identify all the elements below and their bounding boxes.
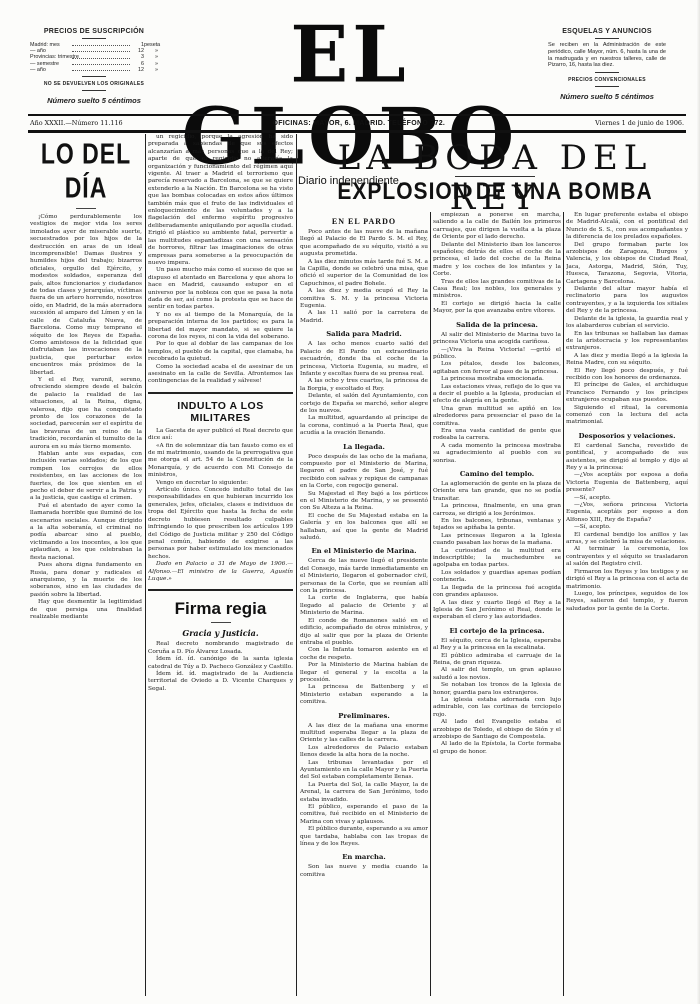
main-article-column-3: En lugar preferente estaba el obispo de … bbox=[566, 212, 688, 996]
paragraph: Poco antes de las nueve de la mañana lle… bbox=[300, 229, 428, 259]
paragraph: Delante de la iglesia, la guardia real y… bbox=[566, 316, 688, 331]
issue-price-right: Número suelto 5 céntimos bbox=[548, 92, 666, 101]
column-lo-del-dia: LO DEL DÍA ¡Cómo perdurablemente los ves… bbox=[30, 134, 142, 996]
paragraph: Dado en Palacio a 31 de Mayo de 1906.—Al… bbox=[148, 561, 293, 583]
main-article-column-2: empiezan a ponerse en marcha, saliendo a… bbox=[433, 212, 561, 996]
paragraph: —¿Vos, señora princesa Victoria Eugenia,… bbox=[566, 502, 688, 524]
price-label: — año bbox=[30, 67, 70, 73]
section-heading: La llegada. bbox=[300, 443, 428, 451]
paragraph: La Puerta del Sol, la calle Mayor, la de… bbox=[300, 782, 428, 804]
paragraph: El séquito, cerca de la Iglesia, esperab… bbox=[433, 638, 561, 653]
paragraph: La princesa, finalmente, en una gran car… bbox=[433, 503, 561, 518]
divider bbox=[82, 38, 106, 39]
paragraph: Los alrededores de Palacio estaban lleno… bbox=[300, 745, 428, 760]
paragraph: A las ocho menos cuarto salió del Palaci… bbox=[300, 341, 428, 378]
paragraph: El cardenal Sancha, revestido de pontifi… bbox=[566, 443, 688, 473]
divider bbox=[148, 589, 293, 591]
paragraph: A las diez y media ocupó el Rey la comit… bbox=[300, 288, 428, 310]
paragraph: La iglesia estaba adornada con lujo admi… bbox=[433, 697, 561, 719]
ads-title: Esquelas y anuncios bbox=[548, 28, 666, 35]
paragraph: A las diez y cuarto llegó el Rey a la Ig… bbox=[433, 600, 561, 622]
paragraph: Las princesas llegaron a la Iglesia cuan… bbox=[433, 533, 561, 548]
paragraph: La multitud, aguardando al príncipe de l… bbox=[300, 415, 428, 437]
column-divider bbox=[430, 212, 431, 996]
dot-leader bbox=[72, 48, 130, 52]
paragraph: A las diez y media llegó a la iglesia la… bbox=[566, 353, 688, 368]
divider bbox=[211, 622, 231, 623]
dot-leader bbox=[72, 42, 130, 46]
paragraph: El público admiraba el carruaje de la Re… bbox=[433, 653, 561, 668]
divider bbox=[82, 76, 106, 77]
paragraph: El público, esperando el paso de la comi… bbox=[300, 804, 428, 826]
infobar-rule bbox=[28, 130, 686, 133]
paragraph: Al salir del Ministerio de Marina tuvo l… bbox=[433, 332, 561, 347]
section-heading: El cortejo de la princesa. bbox=[433, 627, 561, 635]
paragraph: Y el el Rey, varonil, sereno, ofreciendo… bbox=[30, 377, 142, 451]
firma-regia-title: Firma regia bbox=[148, 599, 293, 619]
paragraph: Por lo que al doblar de las campanas de … bbox=[148, 341, 293, 363]
paragraph: Ídem íd. íd. canónigo de la santa iglesi… bbox=[148, 656, 293, 671]
paragraph: Al salir del templo, un gran aplauso sal… bbox=[433, 667, 561, 682]
paragraph: Un paso mucho más como el suceso de que … bbox=[148, 267, 293, 311]
paragraph: Luego, los príncipes, seguidos de los Re… bbox=[566, 591, 688, 613]
paragraph: Su Majestad el Rey bajó a los pórticos e… bbox=[300, 491, 428, 513]
paragraph: El cardenal bendijo los anillos y las ar… bbox=[566, 532, 688, 547]
paragraph: empiezan a ponerse en marcha, saliendo a… bbox=[433, 212, 561, 242]
paragraph: Las tribunas levantadas por el Ayuntamie… bbox=[300, 760, 428, 782]
subscription-title: Precios de suscripción bbox=[30, 28, 158, 35]
section-title-lo-del-dia: LO DEL DÍA bbox=[30, 137, 142, 205]
paragraph: Era una vasta cantidad de gente que rode… bbox=[433, 428, 561, 443]
paragraph: A las ocho y tres cuartos, la princesa d… bbox=[300, 378, 428, 393]
ads-box: Esquelas y anuncios Se reciben en la Adm… bbox=[548, 28, 666, 101]
price-unit: » bbox=[144, 67, 158, 73]
column-editorial: un regicidio, porque la agresión ha sido… bbox=[148, 134, 293, 996]
paragraph: El cortejo se dirigió hacia la calle May… bbox=[433, 301, 561, 316]
paragraph: La aglomeración de gente en la plaza de … bbox=[433, 481, 561, 503]
paragraph: La llegada de la princesa fué acogida co… bbox=[433, 585, 561, 600]
paragraph: Hablan ante sus espadas, con inclusión v… bbox=[30, 451, 142, 503]
paragraph: Firmaron los Reyes y los testigos y se d… bbox=[566, 569, 688, 591]
section-heading: Camino del templo. bbox=[433, 470, 561, 478]
section-heading: En el Pardo bbox=[300, 217, 428, 226]
divider bbox=[76, 208, 96, 209]
headline-rule bbox=[455, 176, 535, 177]
paragraph: —Sí, acepto. bbox=[566, 495, 688, 502]
paragraph: Al terminar la ceremonia, los contrayent… bbox=[566, 546, 688, 568]
indulto-title: INDULTO A LOS MILITARES bbox=[148, 400, 293, 424]
paragraph: ¡Cómo perdurablemente los vestigios de m… bbox=[30, 214, 142, 377]
paragraph: —¿Vos aceptáis por esposa a doña Victori… bbox=[566, 472, 688, 494]
dot-leader bbox=[72, 61, 130, 65]
dot-leader bbox=[72, 54, 130, 58]
offices-address: OFICINAS: MAYOR, 6. MADRID. TELÉFONO 772… bbox=[272, 120, 445, 127]
paragraph: Una gran multitud se apiñó en los alrede… bbox=[433, 406, 561, 428]
paragraph: El príncipe de Gales, el archiduque Fran… bbox=[566, 382, 688, 404]
editorial-body: un regicidio, porque la agresión ha sido… bbox=[148, 134, 293, 386]
paragraph: Delante del Ministerio iban los lanceros… bbox=[433, 242, 561, 279]
paragraph: A cada momento la princesa mostraba su a… bbox=[433, 443, 561, 465]
paragraph: En las tribunas se hallaban las damas de… bbox=[566, 331, 688, 353]
paragraph: Poco después de las ocho de la mañana, c… bbox=[300, 454, 428, 491]
section-heading: Salida para Madrid. bbox=[300, 330, 428, 338]
paragraph: Fué el atentado de ayer como la llamarad… bbox=[30, 503, 142, 562]
divider bbox=[595, 86, 619, 87]
paragraph: Al lado de la Epístola, la Corte formaba… bbox=[433, 741, 561, 756]
paragraph: Siguiendo el ritual, la ceremonia comenz… bbox=[566, 405, 688, 427]
section-heading: Desposorios y velaciones. bbox=[566, 432, 688, 440]
indulto-body: La Gaceta de ayer publicó el Real decret… bbox=[148, 428, 293, 584]
ads-text: Se reciben en la Administración de este … bbox=[548, 42, 666, 69]
issue-price-left: Número suelto 5 céntimos bbox=[30, 96, 158, 105]
divider bbox=[148, 392, 293, 394]
paragraph: Como la sociedad acaba el de asesinar de… bbox=[148, 364, 293, 386]
paragraph: Artículo único. Concedo indulto total de… bbox=[148, 487, 293, 561]
paragraph: Las estaciones vivas, reflejo de lo que … bbox=[433, 384, 561, 406]
paragraph: Hay que desmentir la legitimidad de que … bbox=[30, 599, 142, 621]
issue-number: Año XXXII.—Número 11.116 bbox=[30, 119, 123, 127]
column-divider bbox=[296, 134, 297, 996]
paragraph: A las diez minutos más tarde fué S. M. a… bbox=[300, 259, 428, 289]
paragraph: Pues ahora digna fundamento en Rusia, pa… bbox=[30, 562, 142, 599]
paragraph: Tras de ellos las grandes comitivas de l… bbox=[433, 279, 561, 301]
ads-note: Precios convencionales bbox=[548, 77, 666, 83]
paragraph: Delante del altar mayor había el reclina… bbox=[566, 286, 688, 316]
divider bbox=[595, 38, 619, 39]
paragraph: Los soldados y guardias apenas podían co… bbox=[433, 570, 561, 585]
paragraph: Vengo en decretar lo siguiente: bbox=[148, 480, 293, 487]
section-heading: En el Ministerio de Marina. bbox=[300, 547, 428, 555]
paragraph: El coche de Su Majestad estaba en la Gal… bbox=[300, 513, 428, 543]
dot-leader bbox=[72, 67, 130, 71]
column-divider bbox=[563, 212, 564, 996]
paragraph: Delante, el salón del Ayuntamiento, con … bbox=[300, 393, 428, 415]
paragraph: La princesa mostraba emocionada. bbox=[433, 376, 561, 383]
issue-date: Viernes 1 de junio de 1906. bbox=[595, 119, 684, 127]
divider bbox=[595, 72, 619, 73]
masthead-rule bbox=[28, 114, 686, 116]
paragraph: —Sí, acepto. bbox=[566, 524, 688, 531]
firma-regia-body: Real decreto nombrando magistrado de Cor… bbox=[148, 641, 293, 693]
paragraph: Son las nueve y media cuando la comitiva bbox=[300, 864, 428, 879]
price-value: 12 bbox=[132, 67, 144, 73]
info-bar: Año XXXII.—Número 11.116 OFICINAS: MAYOR… bbox=[30, 118, 684, 128]
section-heading: Preliminares. bbox=[300, 712, 428, 720]
paragraph: Con la Infanta tomaron asiento en el coc… bbox=[300, 647, 428, 662]
newspaper-page: Precios de suscripción Madrid: mes1peset… bbox=[0, 0, 700, 1004]
section-heading: En marcha. bbox=[300, 853, 428, 861]
gracia-justicia-heading: Gracia y Justicia. bbox=[148, 628, 293, 638]
paragraph: Ídem íd. íd. magistrado de la Audiencia … bbox=[148, 671, 293, 693]
price-table: Madrid: mes1peseta— año12»Provincias: tr… bbox=[30, 42, 158, 73]
section-heading: Salida de la princesa. bbox=[433, 321, 561, 329]
paragraph: Cerca de las nueve llegó el presidente d… bbox=[300, 558, 428, 595]
main-subheadline: EXPLOSION DE UNA BOMBA bbox=[300, 178, 690, 206]
paragraph: En lugar preferente estaba el obispo de … bbox=[566, 212, 688, 242]
paragraph: Real decreto nombrando magistrado de Cor… bbox=[148, 641, 293, 656]
paragraph: A las 11 salió por la carretera de Madri… bbox=[300, 310, 428, 325]
subscription-prices-box: Precios de suscripción Madrid: mes1peset… bbox=[30, 28, 158, 105]
paragraph: El público durante, esperando a su amor … bbox=[300, 826, 428, 848]
paragraph: Por la Ministerio de Marina habían de ll… bbox=[300, 662, 428, 684]
paragraph: un regicidio, porque la agresión ha sido… bbox=[148, 134, 293, 267]
paragraph: La curiosidad de la multitud era indescr… bbox=[433, 548, 561, 570]
indulto-intro: La Gaceta de ayer publicó el Real decret… bbox=[148, 428, 293, 443]
paragraph: Los pétalos, desde los balcones, agitaba… bbox=[433, 361, 561, 376]
paragraph: Se notaban los tronos de la Iglesia de h… bbox=[433, 682, 561, 697]
originals-note: No se devuelven los originales bbox=[30, 81, 158, 87]
paragraph: —¡Viva la Reina Victoria! —gritó el públ… bbox=[433, 347, 561, 362]
paragraph: En los balcones, tribunas, ventanas y te… bbox=[433, 518, 561, 533]
paragraph: A las diez de la mañana una enorme multi… bbox=[300, 723, 428, 745]
main-article-column-1: En el PardoPoco antes de las nueve de la… bbox=[300, 212, 428, 996]
paragraph: El conde de Romanones salió en el edific… bbox=[300, 618, 428, 648]
paragraph: La corte de Inglaterra, que había llegad… bbox=[300, 595, 428, 617]
paragraph: «A fin de solemnizar día tan fausto como… bbox=[148, 443, 293, 480]
divider bbox=[82, 90, 106, 91]
price-row: — año12» bbox=[30, 67, 158, 73]
paragraph: Del grupo formaban parte los arzobispos … bbox=[566, 242, 688, 286]
paragraph: Y no es al tiempo de la Monarquía, de la… bbox=[148, 312, 293, 342]
paragraph: La princesa de Battenberg y el Ministeri… bbox=[300, 684, 428, 706]
paragraph: El Rey llegó poco después, y fué recibid… bbox=[566, 368, 688, 383]
lo-del-dia-body: ¡Cómo perdurablemente los vestigios de m… bbox=[30, 214, 142, 621]
paragraph: Al lado del Evangelio estaba el arzobisp… bbox=[433, 719, 561, 741]
column-divider bbox=[145, 134, 146, 996]
